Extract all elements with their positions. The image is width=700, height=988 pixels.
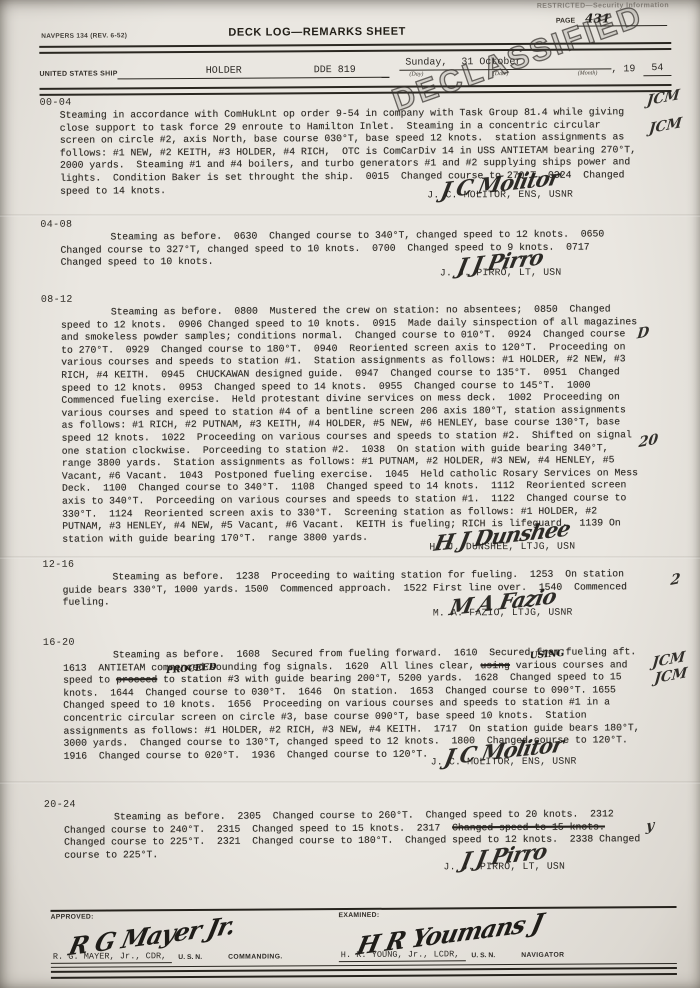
signature-block: J C Molitor J. C. MOLITOR, ENS, USNR	[340, 170, 660, 201]
form-header: NAVPERS 134 (REV. 6-52) DECK LOG—REMARKS…	[0, 0, 698, 97]
log-entry: Steaming as before. 0800 Mustered the cr…	[61, 303, 644, 546]
role-label: COMMANDING.	[228, 953, 283, 960]
ship-name-field: HOLDERDDE 819	[118, 65, 390, 80]
usn-label: U. S. N.	[471, 952, 495, 959]
ship-label: UNITED STATES SHIP	[39, 70, 117, 79]
role-label: NAVIGATOR	[521, 952, 564, 959]
margin-initials: JCM	[648, 115, 682, 138]
margin-annotation: 20	[638, 431, 659, 451]
approved-column: APPROVED: R G Mayer Jr. R. G. MAYER, Jr.…	[51, 912, 339, 966]
log-section-2024: 20-24 Steaming as before. 2305 Changed c…	[44, 796, 646, 875]
deck-log-page: NAVPERS 134 (REV. 6-52) DECK LOG—REMARKS…	[0, 0, 700, 988]
usn-label: U. S. N.	[178, 954, 202, 961]
log-text: Steaming as before. 0800 Mustered the cr…	[61, 303, 644, 544]
margin-annotation: y	[645, 817, 655, 835]
log-section-1216: 12-16 Steaming as before. 1238 Proceedin…	[42, 556, 644, 620]
examined-name-line: H. R. YOUNG, Jr., LCDR, U. S. N. NAVIGAT…	[339, 948, 665, 962]
signature-block: H J Dunshee H. J. DUNSHEE, LTJG, USN	[342, 522, 662, 553]
page-content: NAVPERS 134 (REV. 6-52) DECK LOG—REMARKS…	[0, 0, 700, 988]
hull-number: DDE 819	[314, 65, 356, 76]
divider	[51, 967, 677, 979]
corrected-word: usingUSING	[480, 660, 509, 671]
signature-block: J J Pirro J. J. PIRRO, LT, USN	[344, 842, 664, 873]
log-section-0812: 08-12 Steaming as before. 0800 Mustered …	[41, 291, 645, 555]
signature-block: J C Molitor J. C. MOLITOR, ENS, USNR	[343, 737, 663, 768]
year-value: 54	[643, 63, 671, 76]
struck-text: Changed speed to 15 knots.	[452, 821, 605, 833]
ship-name: HOLDER	[206, 66, 242, 77]
footer-columns: APPROVED: R G Mayer Jr. R. G. MAYER, Jr.…	[51, 910, 677, 966]
approval-footer: APPROVED: R G Mayer Jr. R. G. MAYER, Jr.…	[51, 906, 677, 979]
signature-block: J J Pirro J. J. PIRRO, LT, USN	[341, 248, 661, 279]
corrected-word: proceedPROCEED	[116, 674, 157, 685]
log-section-1620: 16-20 Steaming as before. 1608 Secured f…	[43, 634, 646, 770]
typed-name: H. R. YOUNG, Jr., LCDR,	[339, 949, 466, 962]
ship-identification-row: UNITED STATES SHIP HOLDERDDE 819 Sunday,…	[39, 56, 671, 80]
year-prefix: , 19	[611, 64, 635, 76]
signature-block: M A Fazio M. A. FAZIO, LTJG, USNR	[343, 588, 663, 619]
margin-annotation: 2	[670, 571, 681, 589]
examined-column: EXAMINED: H R Youmans J H. R. YOUNG, Jr.…	[339, 910, 677, 964]
typed-name: R. G. MAYER, Jr., CDR,	[51, 951, 173, 964]
log-section-0408: 04-08 Steaming as before. 0630 Changed c…	[40, 216, 642, 280]
month-caption: (Month)	[578, 70, 598, 76]
margin-annotation: D	[636, 324, 650, 343]
log-section-0004: 00-04 Steaming in accordance with ComHuk…	[40, 94, 643, 203]
approved-name-line: R. G. MAYER, Jr., CDR, U. S. N. COMMANDI…	[51, 950, 327, 964]
